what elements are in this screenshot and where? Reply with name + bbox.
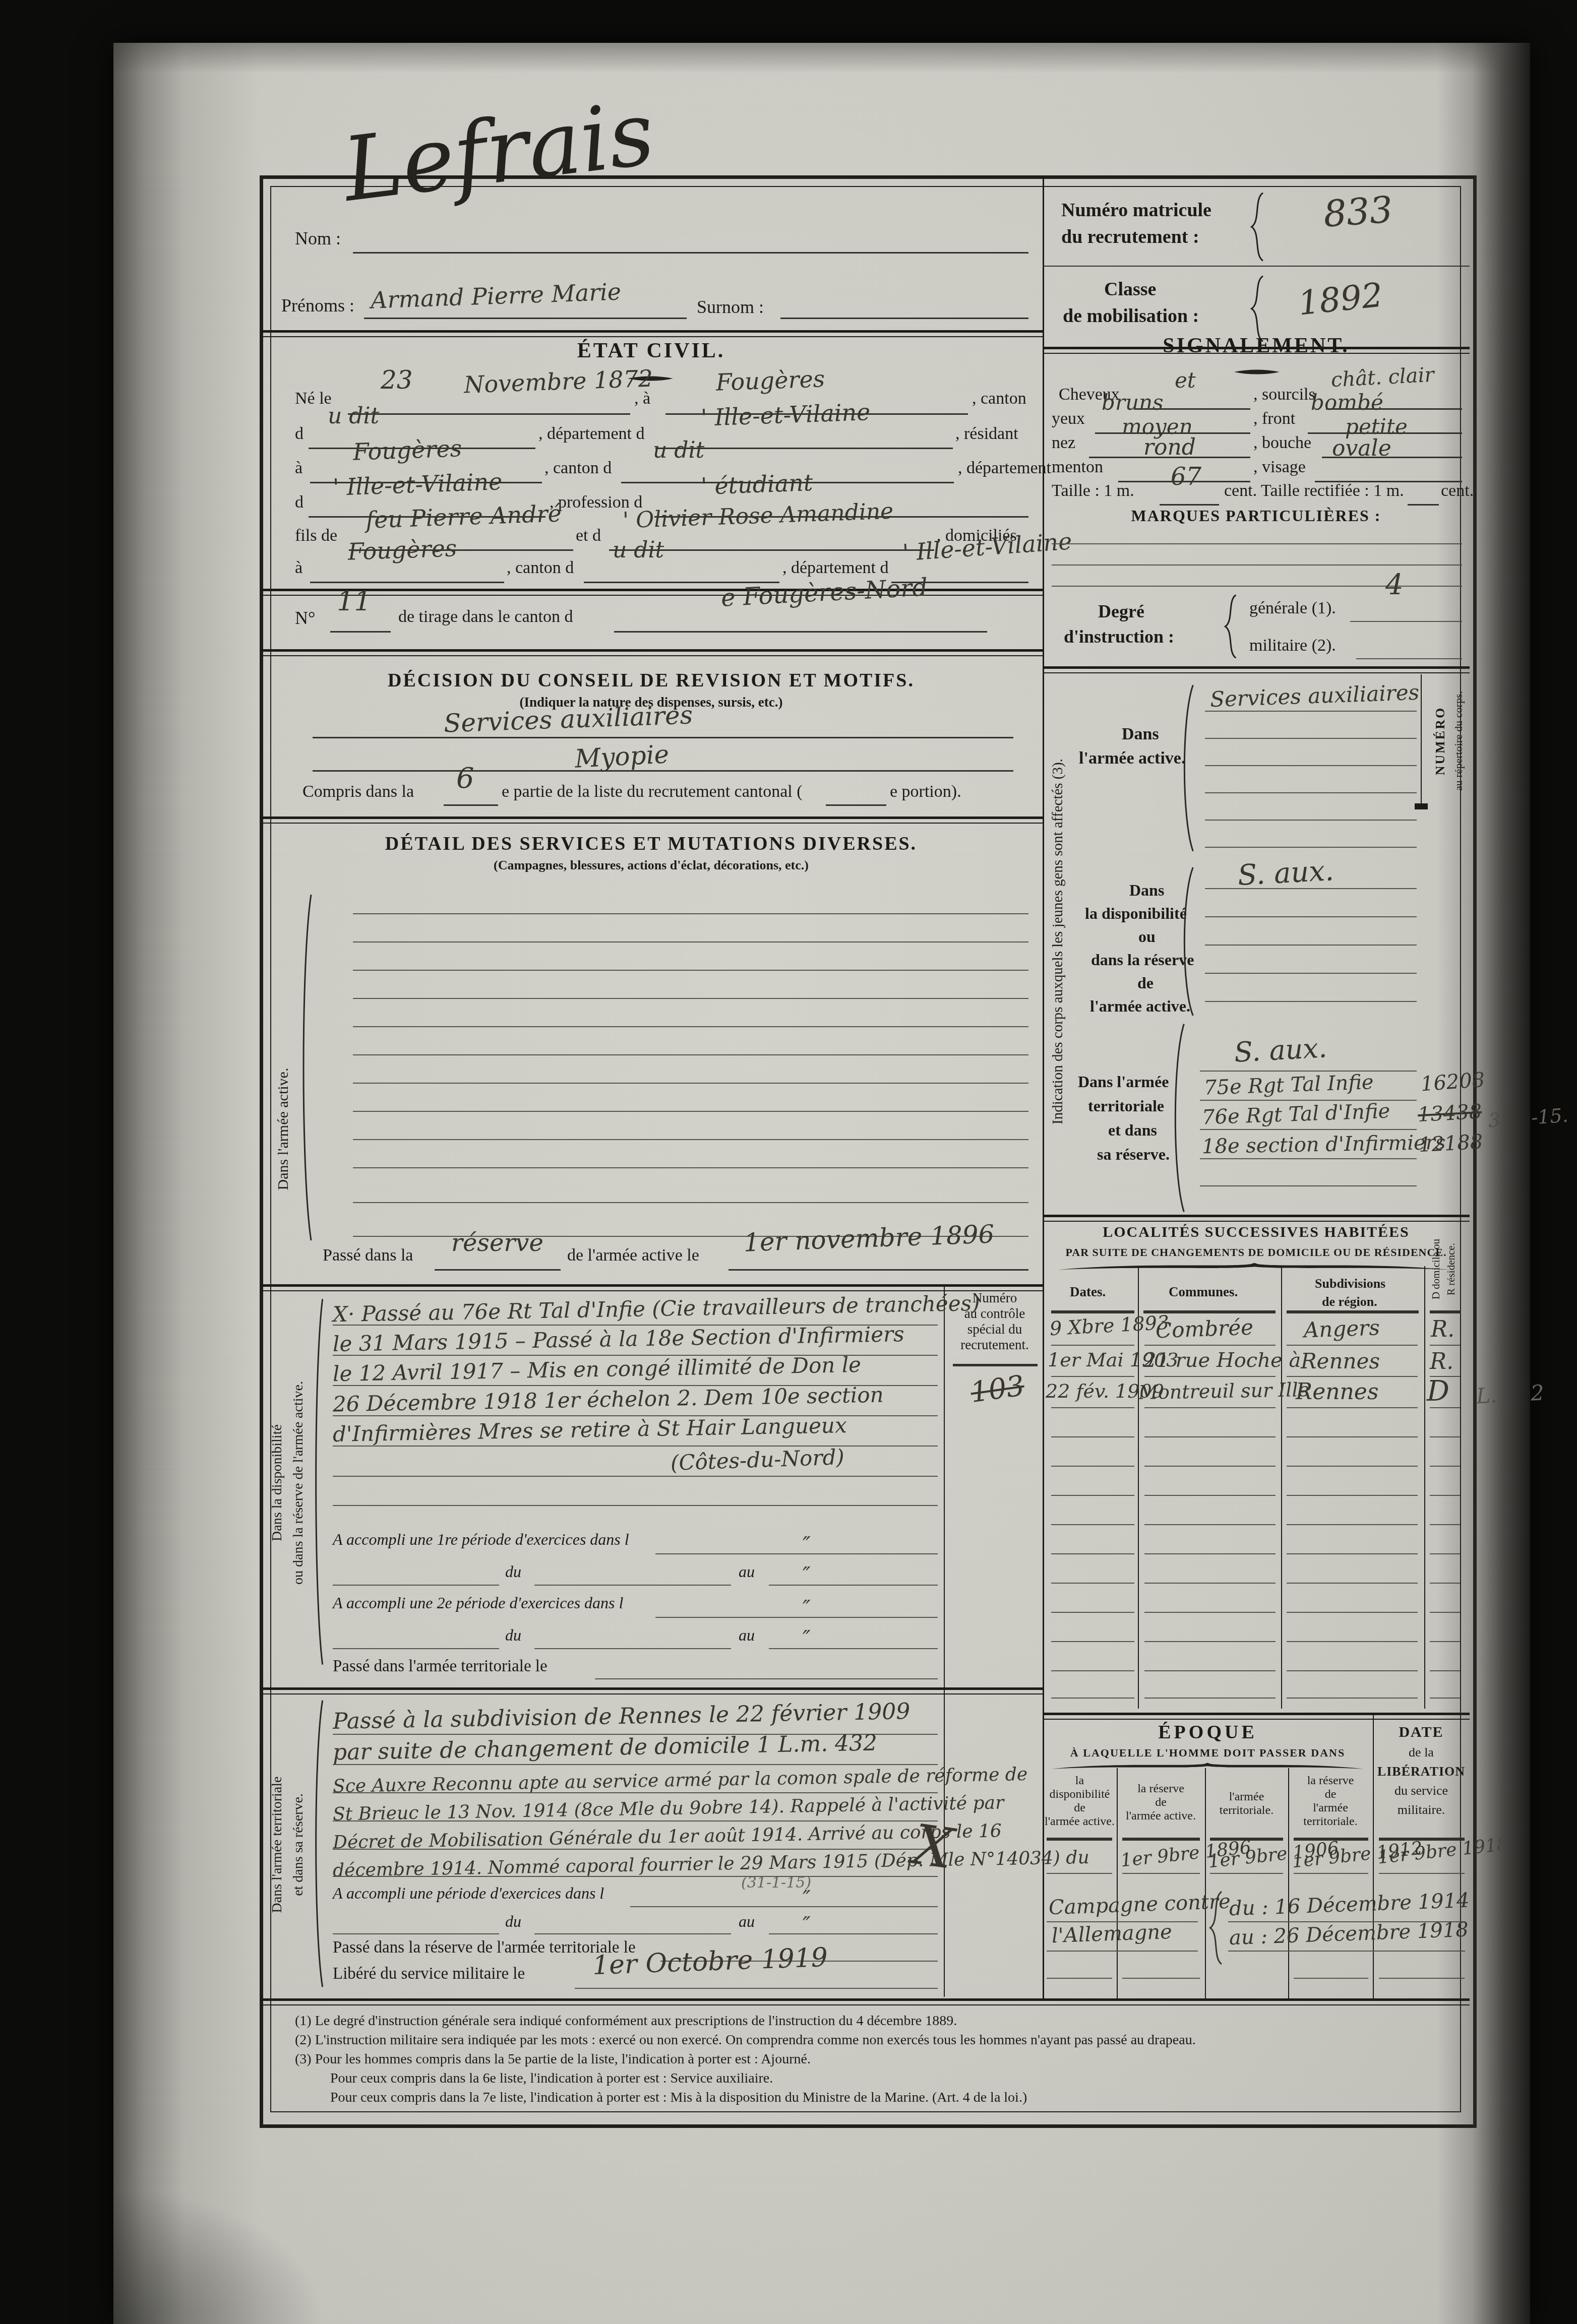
degre-brace [1224,594,1238,659]
line [1052,564,1462,566]
armee-active-brace [1179,683,1196,853]
epoque-c4-l2: de [1288,1788,1373,1801]
a-label: , à [634,389,650,408]
line [1287,1612,1418,1613]
menton-value: rond [1143,434,1196,460]
line [1287,1345,1418,1346]
epoque-title: ÉPOQUE [1043,1721,1373,1743]
epoque-col4-header: la réserve de l'armée territoriale. [1288,1774,1373,1829]
line [1051,1436,1134,1437]
dispo-rule [260,1687,1043,1694]
line [534,1585,731,1586]
compris-label-1: Compris dans la [302,782,414,801]
line [1205,945,1417,946]
degre-militaire-label: militaire (2). [1249,636,1336,655]
taille-rectifiee-label: cent. Taille rectifiée : 1 m. [1224,481,1404,500]
line [1228,1951,1465,1952]
line [1144,1466,1276,1467]
departement-label: , département [958,459,1051,478]
line [333,1849,938,1850]
degre-rule [1043,666,1470,673]
epoque-col1-header: la disponibilité de l'armée active. [1043,1774,1117,1829]
dispo-side-label-2: ou dans la réserve de l'armée active. [290,1296,307,1669]
scan-top-shadow [113,43,1530,73]
tirage-rule [260,649,1043,656]
signalement-title: SIGNALEMENT. [1043,334,1470,358]
armee-active-label-2: l'armée active. [1079,749,1185,768]
localites-header-subdiv-2: de région. [1322,1294,1377,1309]
line [1294,1978,1368,1979]
localites-header-subdiv-1: Subdivisions [1315,1276,1385,1291]
surnom-line [780,318,1028,319]
line [1051,1310,1134,1313]
ditto-4: ″ [803,1626,811,1651]
line [1051,1612,1134,1613]
du2-label: du [505,1626,521,1645]
canton2-value: u dit [653,437,704,463]
taille-value: 67 [1171,463,1201,491]
line [1047,1978,1112,1979]
dispo-brace [1179,866,1196,1017]
tirage-label: de tirage dans le canton d [398,607,573,626]
line [1408,504,1439,506]
territoriale-label-1: Dans l'armée [1078,1073,1169,1091]
line [330,631,391,633]
prenoms-label: Prénoms : [281,295,354,316]
controle-header-4: recrutement. [952,1337,1038,1353]
epoque-c2-l2: de [1117,1796,1205,1809]
line [1051,1495,1134,1496]
residence-value: Fougères [352,434,462,466]
line [333,1876,938,1877]
decision-rule [260,816,1043,824]
line [333,1585,499,1586]
degre-generale-label: générale (1). [1249,599,1336,618]
dispo-label-2: la disponibilité [1085,904,1187,923]
campagne-au-label: au : [1229,1925,1267,1950]
ditto-6: ″ [803,1912,811,1937]
line [1287,1436,1418,1437]
line [1205,765,1417,766]
line [353,1083,1028,1084]
controle-header-3: spécial du [952,1322,1038,1337]
line [1287,1641,1418,1642]
line [1205,973,1417,974]
line [353,913,1028,914]
nez-label: nez [1052,433,1075,453]
line [1051,1583,1134,1584]
line [1287,1583,1418,1584]
dispo-side-label-1: Dans la disponibilité [269,1296,285,1669]
matricule-value: 833 [1322,188,1394,235]
line [1200,1071,1417,1072]
line [1205,847,1417,848]
scanned-register-page: Lefrais Nom : Prénoms : Armand Pierre Ma… [0,0,1577,2324]
name-block-rule [260,330,1043,337]
line [1205,738,1417,739]
campagne-brace [1209,1890,1224,1966]
line [333,1764,938,1765]
line [353,970,1028,971]
territoriale-value-1: S. aux. [1233,1032,1327,1069]
residant-label: , résidant [955,424,1018,444]
footnote-2: (2) L'instruction militaire sera indiqué… [295,2032,1454,2048]
dispo-label-6: l'armée active. [1090,997,1190,1016]
degre-generale-value: 4 [1385,569,1404,601]
line [435,1269,561,1271]
line [353,1202,1028,1203]
localites-header-communes: Communes. [1169,1284,1238,1300]
epoque-c4-l3: l'armée [1288,1801,1373,1815]
campagne-label-2: l'Allemagne [1051,1920,1172,1948]
terr-du-label: du [505,1912,521,1931]
detail-brace [298,891,314,1244]
tirage-no-value: 11 [337,586,372,617]
dispo-label-1: Dans [1129,881,1164,900]
compris-partie-value: 6 [456,762,474,795]
line [1287,1524,1418,1525]
terr-side-label-2: et dans sa réserve. [290,1699,307,1991]
au2-label: au [739,1626,755,1645]
epoque-title-wrap: ÉPOQUE À LAQUELLE L'HOMME DOIT PASSER DA… [1043,1721,1373,1760]
passe-reserve-label-2: de l'armée active le [567,1246,699,1265]
territoriale-label-2: territoriale [1088,1097,1164,1115]
corps-side-label: Indication des corps auxquels les jeunes… [1050,674,1066,1209]
localites-row1-commune: Combrée [1155,1315,1254,1343]
terr-side-label-1: Dans l'armée territoriale [269,1699,285,1991]
ne-le-label: Né le [295,389,332,408]
line [1051,1466,1134,1467]
epoque-ornament [1051,1761,1364,1770]
line [769,1585,938,1586]
front-label: , front [1253,409,1295,428]
line [1205,916,1417,917]
degre-label-2: d'instruction : [1064,626,1174,647]
epoque-c4-l4: territoriale. [1288,1815,1373,1829]
localites-subtitle: PAR SUITE DE CHANGEMENTS DE DOMICILE OU … [1043,1246,1470,1259]
line [353,1054,1028,1055]
line [333,1933,499,1934]
ditto-5: ″ [803,1886,811,1911]
line [1200,1158,1417,1159]
line [353,998,1028,999]
line [534,1933,731,1934]
line [353,1139,1028,1140]
line [1144,1524,1276,1525]
compris-label-3: e portion). [890,782,961,801]
line [1051,1345,1134,1346]
localites-row3-subdiv: Rennes [1296,1379,1378,1405]
line [630,1906,938,1907]
numero-repertoire-divider [1421,674,1422,804]
classe-label-2: de mobilisation : [1063,305,1199,327]
line [1144,1553,1276,1554]
line [444,804,498,806]
book-page-edges [113,43,265,2324]
line [1144,1583,1276,1584]
au1-label: au [739,1562,755,1581]
line [348,413,630,415]
line [353,941,1028,943]
line [1047,1951,1198,1952]
front-value: bombé [1311,390,1383,415]
visage-label: , visage [1253,458,1306,477]
localites-row2-commune: 21 rue Hoche à [1143,1349,1301,1372]
line [353,1111,1028,1112]
fils-de-label: fils de [295,526,337,545]
line [1047,1838,1112,1841]
d-label: d [295,424,304,444]
signalement-ornament [1234,369,1280,375]
epoque-c4-l1: la réserve [1288,1774,1373,1788]
dispo-value: S. aux. [1237,854,1335,892]
menton-label: menton [1052,458,1103,477]
line [1047,1873,1112,1874]
line [1205,820,1417,821]
terr-pencil-note: (31-1-15) [741,1874,811,1892]
degre-label-1: Degré [1098,601,1144,622]
localites-header-dates: Dates. [1070,1284,1106,1300]
territoriale-brace [1170,1022,1187,1214]
detail-subtitle: (Campagnes, blessures, actions d'éclat, … [260,858,1043,873]
yeux-value: bruns [1102,390,1164,415]
line [575,1988,938,1989]
passe-reserve-label-1: Passé dans la [323,1246,413,1265]
periode2-label: A accompli une 2e période d'exercices da… [333,1594,623,1612]
line [1287,1376,1418,1377]
dispo-left-brace [312,1295,325,1668]
canton-label: , canton [972,389,1026,408]
terr-au-label: au [739,1912,755,1931]
line [333,1476,938,1477]
et-d-label: et d [576,526,601,545]
decision-value-2: Myopie [574,739,670,774]
armee-active-label-1: Dans [1122,725,1159,744]
line [313,770,1013,772]
line [333,1648,499,1649]
matricule-brace [1250,192,1265,262]
line [1287,1670,1418,1671]
line [1287,1310,1419,1313]
localites-rule [1043,1713,1470,1720]
detail-rule [260,1284,1043,1291]
tirage-no-label: N° [295,607,315,629]
epoque-c1-l4: l'armée active. [1043,1815,1117,1829]
footnote-5: Pour ceux compris dans la 7e liste, l'in… [330,2090,1490,2106]
campagne-du-label: du : [1229,1896,1268,1921]
epoque-c3-l2: territoriale. [1205,1804,1288,1817]
libere-label: Libéré du service militaire le [333,1965,525,1983]
localites-row2-subdiv: Rennes [1301,1349,1380,1373]
nom-line [353,252,1028,254]
line [1210,1873,1283,1874]
canton-d2-label: , canton d [507,558,574,578]
line [1122,1873,1200,1874]
line [1160,504,1219,506]
line [1200,1185,1417,1186]
page-curl-shadow [1437,43,1530,2324]
classe-brace [1250,275,1265,343]
page-corner-shadow [113,2187,325,2324]
line [310,582,504,583]
line [655,1617,938,1618]
line [534,1648,731,1649]
naissance-jour: 23 [381,365,413,395]
marques-label: MARQUES PARTICULIÈRES : [1043,507,1470,525]
line [1144,1436,1276,1437]
canton3-value: u dit [613,537,664,563]
nom-label: Nom : [295,228,341,249]
surnom-label: Surnom : [697,296,764,318]
line [1294,1873,1368,1874]
footnote-1: (1) Le degré d'instruction générale sera… [295,2013,1454,2029]
controle-column-divider [944,1284,945,1997]
localites-title: LOCALITÉS SUCCESSIVES HABITÉES [1043,1224,1470,1241]
line [1144,1641,1276,1642]
line [1051,1670,1134,1671]
line [953,1364,1038,1366]
line [333,1792,938,1793]
domicile-value: Fougères [347,534,457,566]
matricule-divider [1043,266,1470,267]
yeux-label: yeux [1052,409,1085,428]
localites-col3-divider [1424,1266,1425,1709]
cheveux-value: et [1175,368,1196,393]
ditto-1: ″ [803,1532,811,1557]
line [1122,1838,1200,1841]
line [333,1505,938,1506]
passe-reserve-value: réserve [451,1229,543,1257]
detail-title: DÉTAIL DES SERVICES ET MUTATIONS DIVERSE… [260,833,1043,855]
ditto-2: ″ [803,1562,811,1587]
prenoms-line [364,318,687,319]
passe-territoriale-label: Passé dans l'armée territoriale le [333,1657,548,1676]
line [333,1446,938,1447]
dispo-label-5: de [1137,974,1154,992]
epoque-c2-l1: la réserve [1117,1782,1205,1796]
localites-ornament [1058,1261,1451,1271]
bouche-label: , bouche [1253,433,1311,453]
d2-label: d [295,493,304,512]
line [1122,1978,1200,1979]
line [1287,1466,1418,1467]
visage-value: ovale [1332,435,1391,461]
line [1144,1612,1276,1613]
footnotes-rule [260,1998,1470,2005]
line [1200,1129,1417,1130]
compris-label-2: e partie de la liste du recrutement cant… [502,782,803,801]
matricule-label-1: Numéro matricule [1061,199,1211,221]
terr-left-brace [312,1698,325,1990]
corps-rule [1043,1215,1470,1222]
territoriale-label-3: et dans [1108,1121,1157,1140]
line [333,1820,938,1821]
line [1287,1407,1418,1408]
line [1144,1376,1276,1377]
line [313,737,1013,738]
line [826,804,886,806]
ditto-3: ″ [803,1596,811,1620]
epoque-col3-header: l'armée territoriale. [1205,1790,1288,1817]
line [1287,1553,1418,1554]
line [353,1167,1028,1168]
epoque-c2-l3: l'armée active. [1117,1809,1205,1823]
line [1205,792,1417,793]
classe-label-1: Classe [1104,278,1156,300]
line [1287,1495,1418,1496]
epoque-subtitle: À LAQUELLE L'HOMME DOIT PASSER DANS [1043,1746,1373,1760]
profession-value: ' étudiant [700,469,813,500]
line [614,631,987,633]
line [769,1648,938,1649]
epoque-c1-l1: la [1043,1774,1117,1788]
line [1051,1407,1134,1408]
epoque-c3-l1: l'armée [1205,1790,1288,1804]
line [1144,1698,1276,1699]
line [1205,711,1417,712]
canton-value: u dit [328,403,379,429]
a3-label: à [295,558,302,578]
epoque-col2-header: la réserve de l'armée active. [1117,1782,1205,1823]
line [1051,1698,1134,1699]
numero-repertoire-endcap [1415,803,1428,809]
line [769,1933,938,1934]
detail-side-label: Dans l'armée active. [275,983,292,1275]
line [1287,1698,1418,1699]
decision-title: DÉCISION DU CONSEIL DE REVISION ET MOTIF… [260,669,1043,692]
line [1144,1407,1276,1408]
line [353,1026,1028,1027]
sourcils-label: , sourcils [1253,385,1315,404]
epoque-c1-l2: disponibilité [1043,1788,1117,1801]
naissance-lieu: Fougères [715,365,825,396]
footnote-4: Pour ceux compris dans la 6e liste, l'in… [330,2070,1490,2087]
matricule-label-2: du recrutement : [1061,226,1199,248]
line [729,1269,1028,1271]
territoriale-value-4: 18e section d'Infirmiers [1202,1131,1446,1158]
canton-d-label: , canton d [544,459,612,478]
taille-label: Taille : 1 m. [1052,481,1134,500]
localites-row1-subdiv: Angers [1303,1315,1380,1342]
territoriale-label-4: sa réserve. [1097,1145,1170,1164]
localites-row3-commune: Montreuil sur Ille [1138,1378,1310,1404]
line [1205,888,1417,889]
dispo-label-3: ou [1138,927,1156,946]
du1-label: du [505,1562,521,1581]
line [1051,1376,1134,1377]
line [1205,1001,1417,1002]
etat-civil-title: ÉTAT CIVIL. [260,339,1043,363]
epoque-c1-l3: de [1043,1801,1117,1815]
line [1051,1553,1134,1554]
terr-periode-label: A accompli une période d'exercices dans … [333,1884,604,1903]
line [595,1678,938,1679]
line [655,1553,938,1554]
line [1144,1495,1276,1496]
line [1052,543,1462,544]
footnote-3: (3) Pour les hommes compris dans la 5e p… [295,2051,1454,2067]
line [1144,1670,1276,1671]
departement-d2-label: , département d [782,558,889,578]
periode1-label: A accompli une 1re période d'exercices d… [333,1530,629,1549]
a2-label: à [295,459,302,478]
line [1051,1524,1134,1525]
reserve-territoriale-label: Passé dans la réserve de l'armée territo… [333,1938,636,1957]
departement-d-label: , département d [538,424,645,444]
line [1051,1641,1134,1642]
localites-col2-divider [1281,1266,1282,1709]
line [1144,1345,1276,1346]
